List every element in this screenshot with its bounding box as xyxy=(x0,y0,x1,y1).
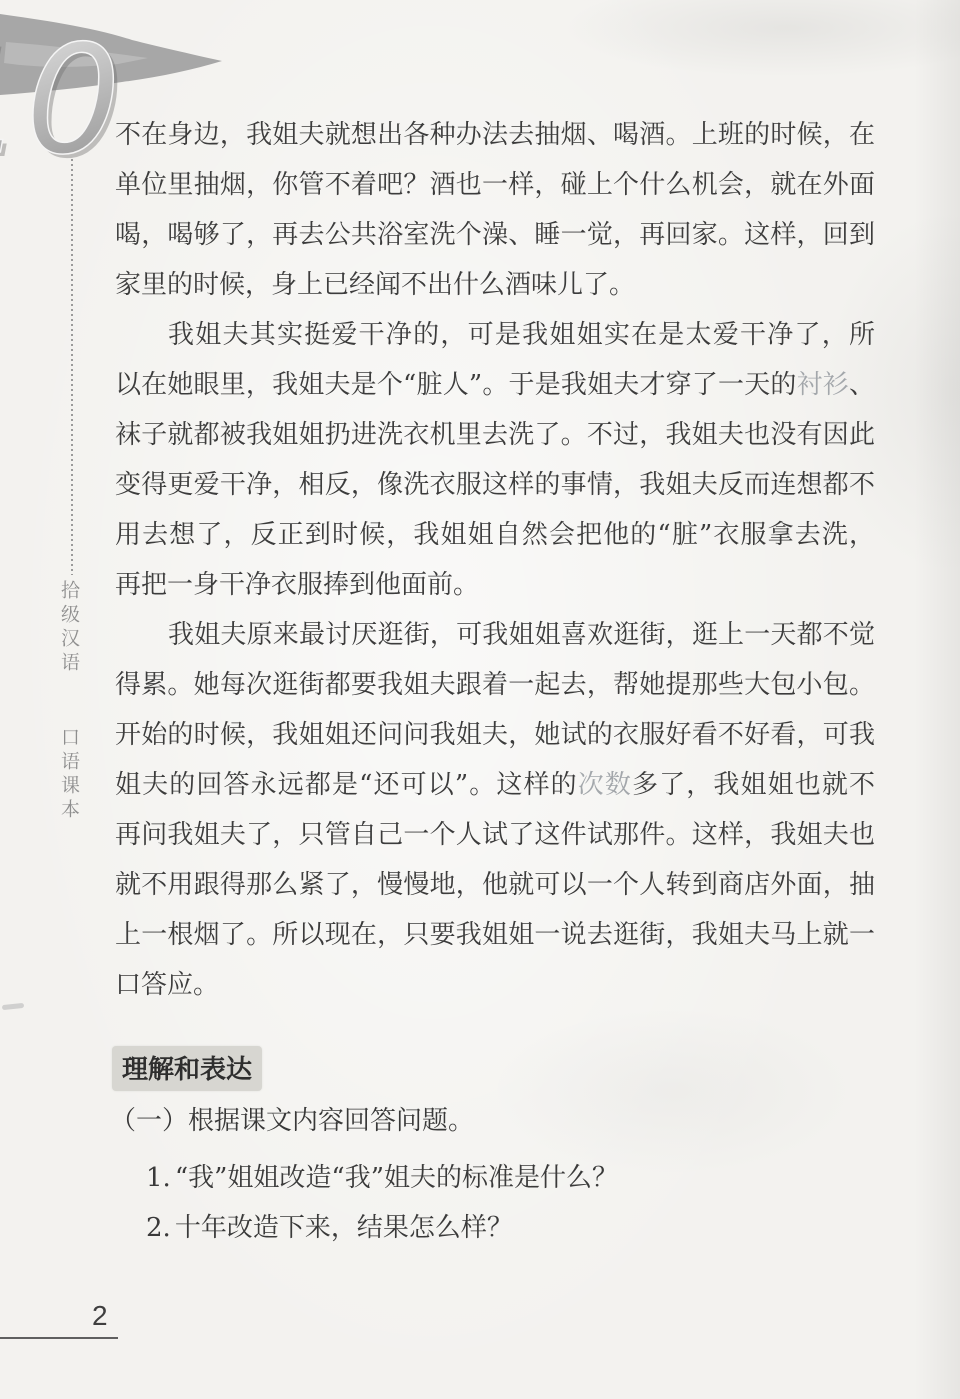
book-page: 10 10 拾级汉语 口语课本 不在身边，我姐夫就想出各种办法去抽烟、喝酒。上班… xyxy=(0,0,960,1399)
text-segment: 多了，我姐姐也就不 xyxy=(632,770,875,800)
text-segment: 、 xyxy=(849,370,875,400)
scan-smudge xyxy=(2,1003,24,1010)
text-segment: 以在她眼里，我姐夫是个“脏人”。于是我姐夫才穿了一天的 xyxy=(115,370,797,400)
text-line: 袜子就都被我姐姐扔进洗衣机里去洗了。不过，我姐夫也没有因此 xyxy=(115,410,875,460)
text-line: 变得更爱干净，相反，像洗衣服这样的事情，我姐夫反而连想都不 xyxy=(115,460,875,510)
exercise-instruction: （一）根据课文内容回答问题。 xyxy=(110,1100,474,1140)
section-header-badge: 理解和表达 xyxy=(112,1046,262,1091)
section-title: 理解和表达 xyxy=(122,1054,252,1084)
question-number: 2. xyxy=(146,1213,171,1243)
text-line: 上一根烟了。所以现在，只要我姐姐一说去逛街，我姐夫马上就一 xyxy=(115,910,875,960)
text-line: 单位里抽烟，你管不着吧？酒也一样，碰上个什么机会，就在外面 xyxy=(115,160,875,210)
question-item: 2.十年改造下来，结果怎么样？ xyxy=(146,1208,513,1248)
question-number: 1. xyxy=(146,1163,171,1193)
text-line: 口答应。 xyxy=(115,960,875,1010)
spine-dotted-line xyxy=(71,159,73,575)
question-text: “我”姐姐改造“我”姐夫的标准是什么？ xyxy=(175,1163,618,1193)
text-line: 喝，喝够了，再去公共浴室洗个澡、睡一觉，再回家。这样，回到 xyxy=(115,210,875,260)
text-line: 家里的时候，身上已经闻不出什么酒味儿了。 xyxy=(115,260,875,310)
text-line: 以在她眼里，我姐夫是个“脏人”。于是我姐夫才穿了一天的衬衫、 xyxy=(115,360,875,410)
text-line: 得累。她每次逛街都要我姐夫跟着一起去，帮她提那些大包小包。 xyxy=(115,660,875,710)
sidebar-vertical-title: 拾级汉语 口语课本 xyxy=(56,580,83,823)
text-line: 再把一身干净衣服捧到他面前。 xyxy=(115,560,875,610)
vocab-word: 次数 xyxy=(578,770,632,800)
text-line: 开始的时候，我姐姐还问问我姐夫，她试的衣服好看不好看，可我 xyxy=(115,710,875,760)
question-text: 十年改造下来，结果怎么样？ xyxy=(175,1213,513,1243)
chapter-number: 10 xyxy=(0,14,121,188)
text-line: 姐夫的回答永远都是“还可以”。这样的次数多了，我姐姐也就不 xyxy=(115,760,875,810)
vocab-word: 衬衫 xyxy=(797,370,849,400)
page-number: 2 xyxy=(92,1300,108,1332)
lesson-text: 不在身边，我姐夫就想出各种办法去抽烟、喝酒。上班的时候，在 单位里抽烟，你管不着… xyxy=(115,110,875,1010)
series-title: 拾级汉语 xyxy=(58,580,80,676)
text-line: 再问我姐夫了，只管自己一个人试了这件试那件。这样，我姐夫也 xyxy=(115,810,875,860)
text-line: 不在身边，我姐夫就想出各种办法去抽烟、喝酒。上班的时候，在 xyxy=(115,110,875,160)
text-line: 我姐夫原来最讨厌逛街，可我姐姐喜欢逛街，逛上一天都不觉 xyxy=(115,610,875,660)
text-segment: 姐夫的回答永远都是“还可以”。这样的 xyxy=(115,770,578,800)
text-line: 就不用跟得那么紧了，慢慢地，他就可以一个人转到商店外面，抽 xyxy=(115,860,875,910)
book-title: 口语课本 xyxy=(56,727,83,823)
question-item: 1.“我”姐姐改造“我”姐夫的标准是什么？ xyxy=(146,1158,618,1198)
text-line: 我姐夫其实挺爱干净的，可是我姐姐实在是太爱干净了，所 xyxy=(115,310,875,360)
footer-rule xyxy=(0,1337,118,1339)
text-line: 用去想了，反正到时候，我姐姐自然会把他的“脏”衣服拿去洗， xyxy=(115,510,875,560)
